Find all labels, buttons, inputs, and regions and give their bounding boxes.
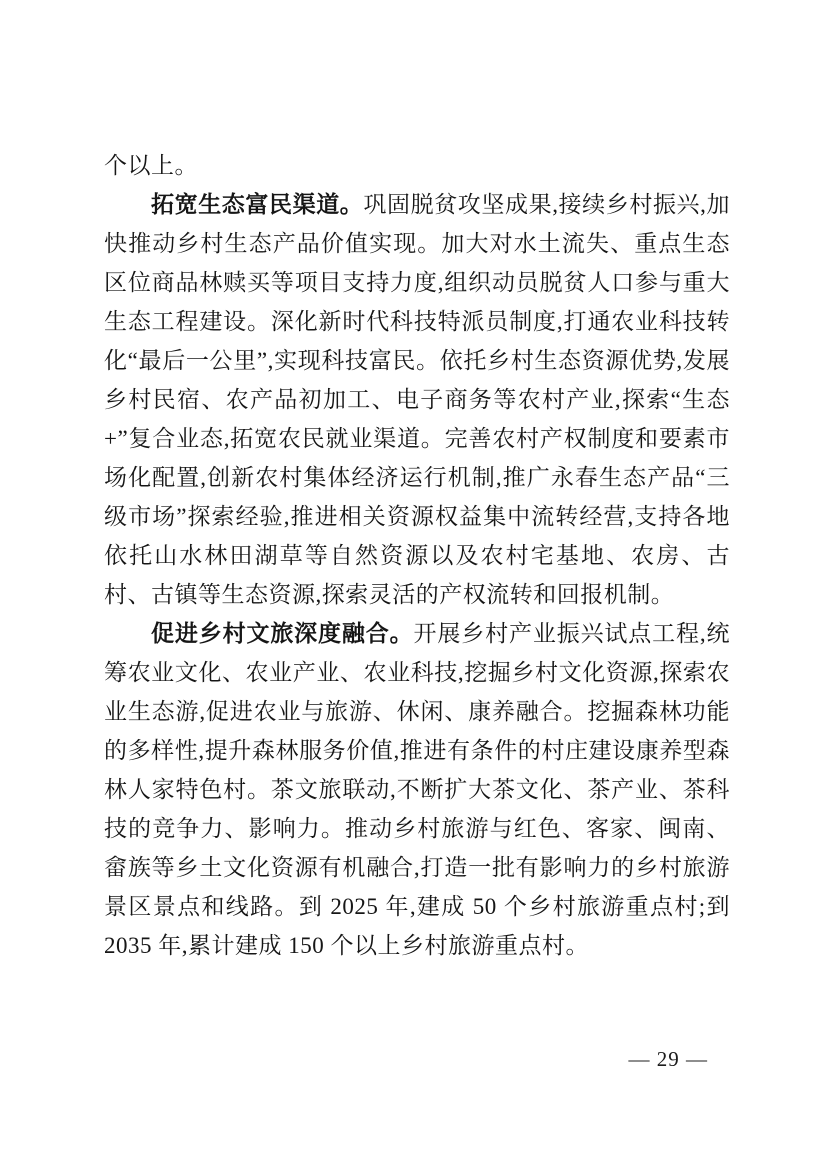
document-page: 个以上。 拓宽生态富民渠道。巩固脱贫攻坚成果,接续乡村振兴,加快推动乡村生态产品… (0, 0, 826, 1169)
paragraph-text: 开展乡村产业振兴试点工程,统筹农业文化、农业产业、农业科技,挖掘乡村文化资源,探… (104, 621, 730, 958)
document-body: 个以上。 拓宽生态富民渠道。巩固脱贫攻坚成果,接续乡村振兴,加快推动乡村生态产品… (104, 146, 730, 965)
paragraph-eco-prosperity: 拓宽生态富民渠道。巩固脱贫攻坚成果,接续乡村振兴,加快推动乡村生态产品价值实现。… (104, 185, 730, 614)
paragraph-lead: 促进乡村文旅深度融合。 (151, 620, 414, 646)
paragraph-lead: 拓宽生态富民渠道。 (151, 191, 363, 217)
page-number: — 29 — (629, 1046, 709, 1072)
paragraph-continuation: 个以上。 (104, 146, 730, 185)
paragraph-text: 巩固脱贫攻坚成果,接续乡村振兴,加快推动乡村生态产品价值实现。加大对水土流失、重… (104, 192, 730, 607)
paragraph-culture-tourism: 促进乡村文旅深度融合。开展乡村产业振兴试点工程,统筹农业文化、农业产业、农业科技… (104, 614, 730, 965)
paragraph-text: 个以上。 (104, 153, 198, 178)
